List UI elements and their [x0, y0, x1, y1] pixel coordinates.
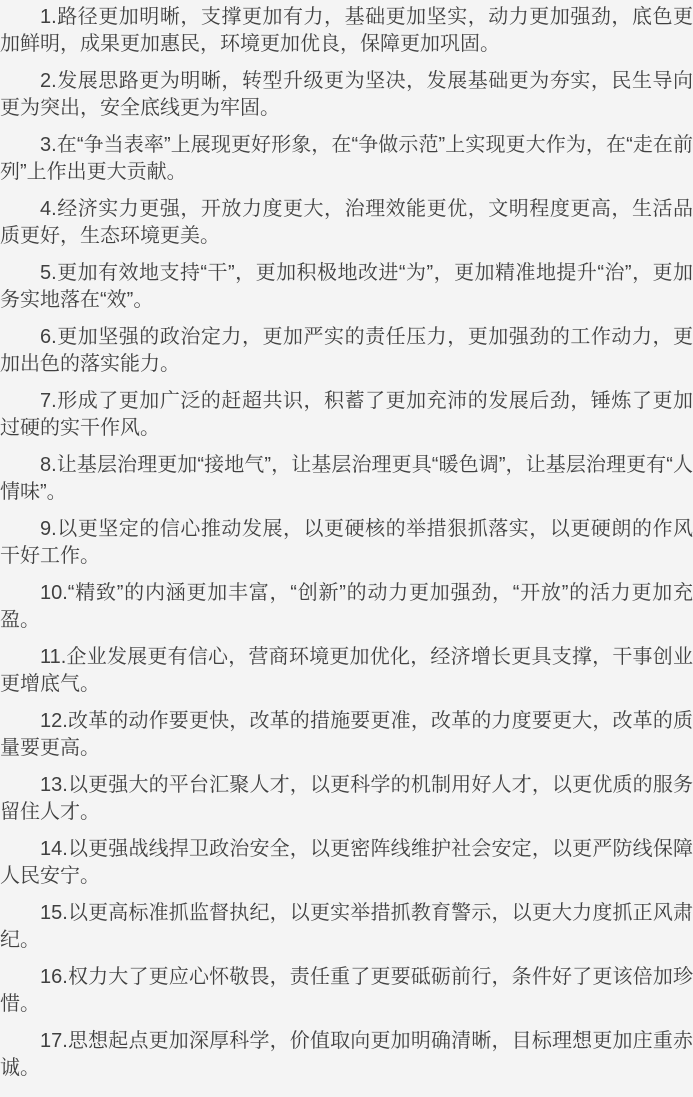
numbered-paragraph-3: 3.在“争当表率”上展现更好形象，在“争做示范”上实现更大作为，在“走在前列”上… [0, 132, 693, 186]
numbered-paragraph-5: 5.更加有效地支持“干”，更加积极地改进“为”，更加精准地提升“治”，更加务实地… [0, 260, 693, 314]
numbered-paragraph-13: 13.以更强大的平台汇聚人才，以更科学的机制用好人才，以更优质的服务留住人才。 [0, 772, 693, 826]
numbered-paragraph-16: 16.权力大了更应心怀敬畏，责任重了更要砥砺前行，条件好了更该倍加珍惜。 [0, 964, 693, 1018]
numbered-paragraph-2: 2.发展思路更为明晰，转型升级更为坚决，发展基础更为夯实，民生导向更为突出，安全… [0, 68, 693, 122]
numbered-paragraph-7: 7.形成了更加广泛的赶超共识，积蓄了更加充沛的发展后劲，锤炼了更加过硬的实干作风… [0, 388, 693, 442]
numbered-paragraph-8: 8.让基层治理更加“接地气”，让基层治理更具“暖色调”，让基层治理更有“人情味”… [0, 452, 693, 506]
numbered-paragraph-4: 4.经济实力更强，开放力度更大，治理效能更优，文明程度更高，生活品质更好，生态环… [0, 196, 693, 250]
numbered-paragraph-1: 1.路径更加明晰，支撑更加有力，基础更加坚实，动力更加强劲，底色更加鲜明，成果更… [0, 4, 693, 58]
numbered-paragraph-9: 9.以更坚定的信心推动发展，以更硬核的举措狠抓落实，以更硬朗的作风干好工作。 [0, 516, 693, 570]
numbered-paragraph-14: 14.以更强战线捍卫政治安全，以更密阵线维护社会安定，以更严防线保障人民安宁。 [0, 836, 693, 890]
numbered-paragraph-11: 11.企业发展更有信心，营商环境更加优化，经济增长更具支撑，干事创业更增底气。 [0, 644, 693, 698]
numbered-paragraph-10: 10.“精致”的内涵更加丰富，“创新”的动力更加强劲，“开放”的活力更加充盈。 [0, 580, 693, 634]
numbered-paragraph-15: 15.以更高标准抓监督执纪，以更实举措抓教育警示，以更大力度抓正风肃纪。 [0, 900, 693, 954]
numbered-paragraph-17: 17.思想起点更加深厚科学，价值取向更加明确清晰，目标理想更加庄重赤诚。 [0, 1028, 693, 1082]
numbered-paragraph-6: 6.更加坚强的政治定力，更加严实的责任压力，更加强劲的工作动力，更加出色的落实能… [0, 324, 693, 378]
document-page: 1.路径更加明晰，支撑更加有力，基础更加坚实，动力更加强劲，底色更加鲜明，成果更… [0, 0, 693, 1097]
numbered-paragraph-12: 12.改革的动作要更快，改革的措施要更准，改革的力度要更大，改革的质量要更高。 [0, 708, 693, 762]
